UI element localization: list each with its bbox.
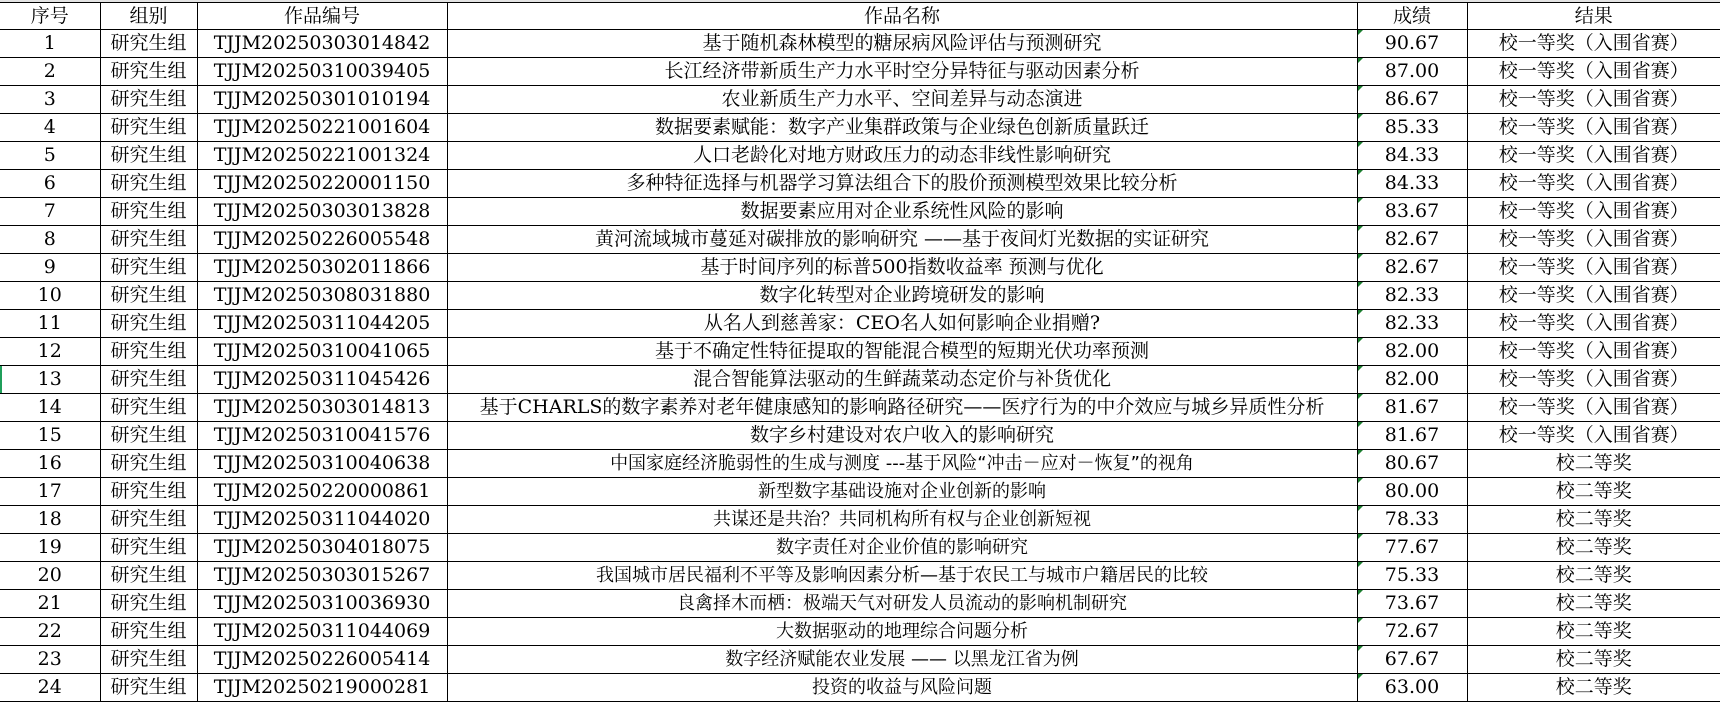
table-row: 3研究生组TJJM20250301010194农业新质生产力水平、空间差异与动态…: [0, 86, 1720, 114]
cell-no[interactable]: 18: [0, 506, 100, 534]
table-row: 12研究生组TJJM20250310041065基于不确定性特征提取的智能混合模…: [0, 338, 1720, 366]
title-text: 良禽择木而栖：极端天气对研发人员流动的影响机制研究: [448, 590, 1357, 617]
table-row: 21研究生组TJJM20250310036930良禽择木而栖：极端天气对研发人员…: [0, 590, 1720, 618]
cell-result[interactable]: 校二等奖: [1467, 506, 1720, 534]
cell-score[interactable]: 82.33: [1357, 310, 1467, 338]
header-result[interactable]: 结果: [1467, 3, 1720, 30]
table-row: 2研究生组TJJM20250310039405长江经济带新质生产力水平时空分异特…: [0, 58, 1720, 86]
cell-group[interactable]: 研究生组: [100, 478, 197, 506]
cell-group[interactable]: 研究生组: [100, 86, 197, 114]
cell-id[interactable]: TJJM20250303014813: [197, 394, 447, 422]
cell-score[interactable]: 85.33: [1357, 114, 1467, 142]
cell-id[interactable]: TJJM20250311045426: [197, 366, 447, 394]
cell-group[interactable]: 研究生组: [100, 170, 197, 198]
header-title[interactable]: 作品名称: [447, 3, 1357, 30]
cell-score[interactable]: 82.67: [1357, 226, 1467, 254]
cell-group[interactable]: 研究生组: [100, 282, 197, 310]
cell-id[interactable]: TJJM20250310041576: [197, 422, 447, 450]
cell-id[interactable]: TJJM20250311044020: [197, 506, 447, 534]
cell-result[interactable]: 校一等奖（入围省赛）: [1467, 58, 1720, 86]
title-text: 数字经济赋能农业发展 —— 以黑龙江省为例: [448, 646, 1357, 673]
cell-id[interactable]: TJJM20250310036930: [197, 590, 447, 618]
header-id[interactable]: 作品编号: [197, 3, 447, 30]
title-text: 多种特征选择与机器学习算法组合下的股价预测模型效果比较分析: [448, 170, 1357, 197]
cell-title[interactable]: 长江经济带新质生产力水平时空分异特征与驱动因素分析: [447, 58, 1357, 86]
cell-result[interactable]: 校一等奖（入围省赛）: [1467, 282, 1720, 310]
cell-no[interactable]: 24: [0, 674, 100, 702]
table-row: 14研究生组TJJM20250303014813基于CHARLS的数字素养对老年…: [0, 394, 1720, 422]
cell-no[interactable]: 17: [0, 478, 100, 506]
cell-no[interactable]: 1: [0, 30, 100, 58]
cell-title[interactable]: 基于随机森林模型的糖尿病风险评估与预测研究: [447, 30, 1357, 58]
cell-id[interactable]: TJJM20250310041065: [197, 338, 447, 366]
cell-group[interactable]: 研究生组: [100, 534, 197, 562]
table-row: 17研究生组TJJM20250220000861新型数字基础设施对企业创新的影响…: [0, 478, 1720, 506]
cell-title[interactable]: 中国家庭经济脆弱性的生成与测度 ---基于风险“冲击－应对－恢复”的视角: [447, 450, 1357, 478]
cell-no[interactable]: 7: [0, 198, 100, 226]
cell-id[interactable]: TJJM20250226005548: [197, 226, 447, 254]
cell-title[interactable]: 数字乡村建设对农户收入的影响研究: [447, 422, 1357, 450]
cell-id[interactable]: TJJM20250226005414: [197, 646, 447, 674]
cell-title[interactable]: 基于时间序列的标普500指数收益率 预测与优化: [447, 254, 1357, 282]
cell-score[interactable]: 73.67: [1357, 590, 1467, 618]
cell-score[interactable]: 72.67: [1357, 618, 1467, 646]
cell-id[interactable]: TJJM20250310040638: [197, 450, 447, 478]
cell-result[interactable]: 校一等奖（入围省赛）: [1467, 366, 1720, 394]
cell-no[interactable]: 16: [0, 450, 100, 478]
cell-group[interactable]: 研究生组: [100, 226, 197, 254]
title-text: 数字责任对企业价值的影响研究: [448, 534, 1357, 561]
header-no[interactable]: 序号: [0, 3, 100, 30]
cell-no[interactable]: 13: [0, 366, 100, 394]
table-row: 10研究生组TJJM20250308031880数字化转型对企业跨境研发的影响8…: [0, 282, 1720, 310]
cell-no[interactable]: 3: [0, 86, 100, 114]
cell-title[interactable]: 良禽择木而栖：极端天气对研发人员流动的影响机制研究: [447, 590, 1357, 618]
cell-group[interactable]: 研究生组: [100, 366, 197, 394]
cell-result[interactable]: 校一等奖（入围省赛）: [1467, 170, 1720, 198]
cell-group[interactable]: 研究生组: [100, 254, 197, 282]
cell-id[interactable]: TJJM20250220000861: [197, 478, 447, 506]
cell-result[interactable]: 校一等奖（入围省赛）: [1467, 254, 1720, 282]
cell-no[interactable]: 23: [0, 646, 100, 674]
title-text: 新型数字基础设施对企业创新的影响: [448, 478, 1357, 505]
cell-title[interactable]: 大数据驱动的地理综合问题分析: [447, 618, 1357, 646]
cell-group[interactable]: 研究生组: [100, 142, 197, 170]
cell-result[interactable]: 校一等奖（入围省赛）: [1467, 114, 1720, 142]
title-text: 数字化转型对企业跨境研发的影响: [448, 282, 1357, 309]
cell-id[interactable]: TJJM20250302011866: [197, 254, 447, 282]
cell-id[interactable]: TJJM20250220001150: [197, 170, 447, 198]
cell-result[interactable]: 校一等奖（入围省赛）: [1467, 198, 1720, 226]
cell-group[interactable]: 研究生组: [100, 618, 197, 646]
cell-id[interactable]: TJJM20250311044069: [197, 618, 447, 646]
cell-group[interactable]: 研究生组: [100, 450, 197, 478]
table-body: 1研究生组TJJM20250303014842基于随机森林模型的糖尿病风险评估与…: [0, 30, 1720, 702]
cell-title[interactable]: 混合智能算法驱动的生鲜蔬菜动态定价与补货优化: [447, 366, 1357, 394]
cell-no[interactable]: 14: [0, 394, 100, 422]
cell-title[interactable]: 基于CHARLS的数字素养对老年健康感知的影响路径研究——医疗行为的中介效应与城…: [447, 394, 1357, 422]
cell-group[interactable]: 研究生组: [100, 562, 197, 590]
header-score[interactable]: 成绩: [1357, 3, 1467, 30]
title-text: 基于CHARLS的数字素养对老年健康感知的影响路径研究——医疗行为的中介效应与城…: [448, 394, 1357, 421]
cell-score[interactable]: 83.67: [1357, 198, 1467, 226]
cell-title[interactable]: 数据要素应用对企业系统性风险的影响: [447, 198, 1357, 226]
table-row: 13研究生组TJJM20250311045426混合智能算法驱动的生鲜蔬菜动态定…: [0, 366, 1720, 394]
cell-title[interactable]: 我国城市居民福利不平等及影响因素分析—基于农民工与城市户籍居民的比较: [447, 562, 1357, 590]
title-text: 从名人到慈善家：CEO名人如何影响企业捐赠?: [448, 310, 1357, 337]
table-row: 8研究生组TJJM20250226005548黄河流域城市蔓延对碳排放的影响研究…: [0, 226, 1720, 254]
cell-score[interactable]: 67.67: [1357, 646, 1467, 674]
cell-group[interactable]: 研究生组: [100, 58, 197, 86]
title-text: 大数据驱动的地理综合问题分析: [448, 618, 1357, 645]
header-group[interactable]: 组别: [100, 3, 197, 30]
cell-no[interactable]: 12: [0, 338, 100, 366]
cell-id[interactable]: TJJM20250303015267: [197, 562, 447, 590]
table-row: 5研究生组TJJM20250221001324人口老龄化对地方财政压力的动态非线…: [0, 142, 1720, 170]
cell-id[interactable]: TJJM20250221001324: [197, 142, 447, 170]
table-row: 9研究生组TJJM20250302011866基于时间序列的标普500指数收益率…: [0, 254, 1720, 282]
table-row: 1研究生组TJJM20250303014842基于随机森林模型的糖尿病风险评估与…: [0, 30, 1720, 58]
cell-no[interactable]: 5: [0, 142, 100, 170]
cell-title[interactable]: 基于不确定性特征提取的智能混合模型的短期光伏功率预测: [447, 338, 1357, 366]
cell-result[interactable]: 校二等奖: [1467, 590, 1720, 618]
table-row: 24研究生组TJJM20250219000281投资的收益与风险问题63.00校…: [0, 674, 1720, 702]
title-text: 数据要素赋能：数字产业集群政策与企业绿色创新质量跃迁: [448, 114, 1357, 141]
cell-id[interactable]: TJJM20250311044205: [197, 310, 447, 338]
title-text: 共谋还是共治？共同机构所有权与企业创新短视: [448, 506, 1357, 533]
cell-title[interactable]: 数字责任对企业价值的影响研究: [447, 534, 1357, 562]
cell-result[interactable]: 校二等奖: [1467, 562, 1720, 590]
cell-score[interactable]: 84.33: [1357, 142, 1467, 170]
cell-score[interactable]: 82.33: [1357, 282, 1467, 310]
cell-no[interactable]: 4: [0, 114, 100, 142]
cell-no[interactable]: 22: [0, 618, 100, 646]
title-text: 长江经济带新质生产力水平时空分异特征与驱动因素分析: [448, 58, 1357, 85]
cell-group[interactable]: 研究生组: [100, 646, 197, 674]
cell-no[interactable]: 19: [0, 534, 100, 562]
cell-id[interactable]: TJJM20250221001604: [197, 114, 447, 142]
cell-no[interactable]: 6: [0, 170, 100, 198]
cell-group[interactable]: 研究生组: [100, 394, 197, 422]
table-row: 11研究生组TJJM20250311044205从名人到慈善家：CEO名人如何影…: [0, 310, 1720, 338]
cell-id[interactable]: TJJM20250303013828: [197, 198, 447, 226]
cell-score[interactable]: 87.00: [1357, 58, 1467, 86]
table-row: 7研究生组TJJM20250303013828数据要素应用对企业系统性风险的影响…: [0, 198, 1720, 226]
cell-score[interactable]: 82.00: [1357, 366, 1467, 394]
cell-result[interactable]: 校一等奖（入围省赛）: [1467, 422, 1720, 450]
cell-score[interactable]: 82.00: [1357, 338, 1467, 366]
cell-result[interactable]: 校二等奖: [1467, 478, 1720, 506]
cell-title[interactable]: 多种特征选择与机器学习算法组合下的股价预测模型效果比较分析: [447, 170, 1357, 198]
header-row: 序号 组别 作品编号 作品名称 成绩 结果: [0, 3, 1720, 30]
table-row: 19研究生组TJJM20250304018075数字责任对企业价值的影响研究77…: [0, 534, 1720, 562]
title-text: 数字乡村建设对农户收入的影响研究: [448, 422, 1357, 449]
cell-result[interactable]: 校一等奖（入围省赛）: [1467, 394, 1720, 422]
cell-score[interactable]: 81.67: [1357, 394, 1467, 422]
cell-score[interactable]: 86.67: [1357, 86, 1467, 114]
title-text: 混合智能算法驱动的生鲜蔬菜动态定价与补货优化: [448, 366, 1357, 393]
cell-title[interactable]: 数字化转型对企业跨境研发的影响: [447, 282, 1357, 310]
cell-score[interactable]: 84.33: [1357, 170, 1467, 198]
cell-result[interactable]: 校二等奖: [1467, 646, 1720, 674]
cell-score[interactable]: 75.33: [1357, 562, 1467, 590]
cell-title[interactable]: 人口老龄化对地方财政压力的动态非线性影响研究: [447, 142, 1357, 170]
cell-id[interactable]: TJJM20250310039405: [197, 58, 447, 86]
cell-group[interactable]: 研究生组: [100, 310, 197, 338]
cell-title[interactable]: 黄河流域城市蔓延对碳排放的影响研究 ——基于夜间灯光数据的实证研究: [447, 226, 1357, 254]
cell-result[interactable]: 校一等奖（入围省赛）: [1467, 338, 1720, 366]
cell-group[interactable]: 研究生组: [100, 506, 197, 534]
cell-group[interactable]: 研究生组: [100, 114, 197, 142]
cell-result[interactable]: 校二等奖: [1467, 534, 1720, 562]
cell-score[interactable]: 77.67: [1357, 534, 1467, 562]
cell-no[interactable]: 8: [0, 226, 100, 254]
cell-group[interactable]: 研究生组: [100, 422, 197, 450]
cell-no[interactable]: 10: [0, 282, 100, 310]
title-text: 中国家庭经济脆弱性的生成与测度 ---基于风险“冲击－应对－恢复”的视角: [448, 450, 1357, 477]
table-row: 22研究生组TJJM20250311044069大数据驱动的地理综合问题分析72…: [0, 618, 1720, 646]
cell-no[interactable]: 9: [0, 254, 100, 282]
cell-no[interactable]: 20: [0, 562, 100, 590]
cell-result[interactable]: 校二等奖: [1467, 674, 1720, 702]
title-text: 黄河流域城市蔓延对碳排放的影响研究 ——基于夜间灯光数据的实证研究: [448, 226, 1357, 253]
cell-group[interactable]: 研究生组: [100, 198, 197, 226]
cell-id[interactable]: TJJM20250304018075: [197, 534, 447, 562]
cell-id[interactable]: TJJM20250301010194: [197, 86, 447, 114]
cell-title[interactable]: 投资的收益与风险问题: [447, 674, 1357, 702]
cell-score[interactable]: 78.33: [1357, 506, 1467, 534]
cell-no[interactable]: 11: [0, 310, 100, 338]
title-text: 基于时间序列的标普500指数收益率 预测与优化: [448, 254, 1357, 281]
title-text: 数据要素应用对企业系统性风险的影响: [448, 198, 1357, 225]
cell-result[interactable]: 校二等奖: [1467, 618, 1720, 646]
cell-no[interactable]: 15: [0, 422, 100, 450]
cell-result[interactable]: 校一等奖（入围省赛）: [1467, 30, 1720, 58]
cell-id[interactable]: TJJM20250303014842: [197, 30, 447, 58]
cell-group[interactable]: 研究生组: [100, 30, 197, 58]
cell-result[interactable]: 校一等奖（入围省赛）: [1467, 142, 1720, 170]
cell-group[interactable]: 研究生组: [100, 338, 197, 366]
cell-no[interactable]: 21: [0, 590, 100, 618]
title-text: 农业新质生产力水平、空间差异与动态演进: [448, 86, 1357, 113]
title-text: 投资的收益与风险问题: [448, 674, 1357, 701]
table-row: 6研究生组TJJM20250220001150多种特征选择与机器学习算法组合下的…: [0, 170, 1720, 198]
title-text: 人口老龄化对地方财政压力的动态非线性影响研究: [448, 142, 1357, 169]
cell-score[interactable]: 80.67: [1357, 450, 1467, 478]
cell-group[interactable]: 研究生组: [100, 590, 197, 618]
cell-id[interactable]: TJJM20250219000281: [197, 674, 447, 702]
cell-title[interactable]: 新型数字基础设施对企业创新的影响: [447, 478, 1357, 506]
title-text: 我国城市居民福利不平等及影响因素分析—基于农民工与城市户籍居民的比较: [448, 562, 1357, 589]
cell-id[interactable]: TJJM20250308031880: [197, 282, 447, 310]
cell-score[interactable]: 82.67: [1357, 254, 1467, 282]
results-table: 序号 组别 作品编号 作品名称 成绩 结果 1研究生组TJJM202503030…: [0, 2, 1720, 702]
cell-result[interactable]: 校一等奖（入围省赛）: [1467, 226, 1720, 254]
title-text: 基于不确定性特征提取的智能混合模型的短期光伏功率预测: [448, 338, 1357, 365]
table-row: 18研究生组TJJM20250311044020共谋还是共治？共同机构所有权与企…: [0, 506, 1720, 534]
table-row: 20研究生组TJJM20250303015267我国城市居民福利不平等及影响因素…: [0, 562, 1720, 590]
table-row: 23研究生组TJJM20250226005414数字经济赋能农业发展 —— 以黑…: [0, 646, 1720, 674]
cell-result[interactable]: 校二等奖: [1467, 450, 1720, 478]
cell-score[interactable]: 81.67: [1357, 422, 1467, 450]
table-row: 16研究生组TJJM20250310040638中国家庭经济脆弱性的生成与测度 …: [0, 450, 1720, 478]
cell-title[interactable]: 从名人到慈善家：CEO名人如何影响企业捐赠?: [447, 310, 1357, 338]
cell-score[interactable]: 63.00: [1357, 674, 1467, 702]
cell-group[interactable]: 研究生组: [100, 674, 197, 702]
table-row: 15研究生组TJJM20250310041576数字乡村建设对农户收入的影响研究…: [0, 422, 1720, 450]
cell-score[interactable]: 80.00: [1357, 478, 1467, 506]
cell-title[interactable]: 数据要素赋能：数字产业集群政策与企业绿色创新质量跃迁: [447, 114, 1357, 142]
cell-title[interactable]: 农业新质生产力水平、空间差异与动态演进: [447, 86, 1357, 114]
cell-title[interactable]: 数字经济赋能农业发展 —— 以黑龙江省为例: [447, 646, 1357, 674]
cell-result[interactable]: 校一等奖（入围省赛）: [1467, 310, 1720, 338]
cell-title[interactable]: 共谋还是共治？共同机构所有权与企业创新短视: [447, 506, 1357, 534]
cell-no[interactable]: 2: [0, 58, 100, 86]
title-text: 基于随机森林模型的糖尿病风险评估与预测研究: [448, 30, 1357, 57]
cell-score[interactable]: 90.67: [1357, 30, 1467, 58]
table-row: 4研究生组TJJM20250221001604数据要素赋能：数字产业集群政策与企…: [0, 114, 1720, 142]
cell-result[interactable]: 校一等奖（入围省赛）: [1467, 86, 1720, 114]
